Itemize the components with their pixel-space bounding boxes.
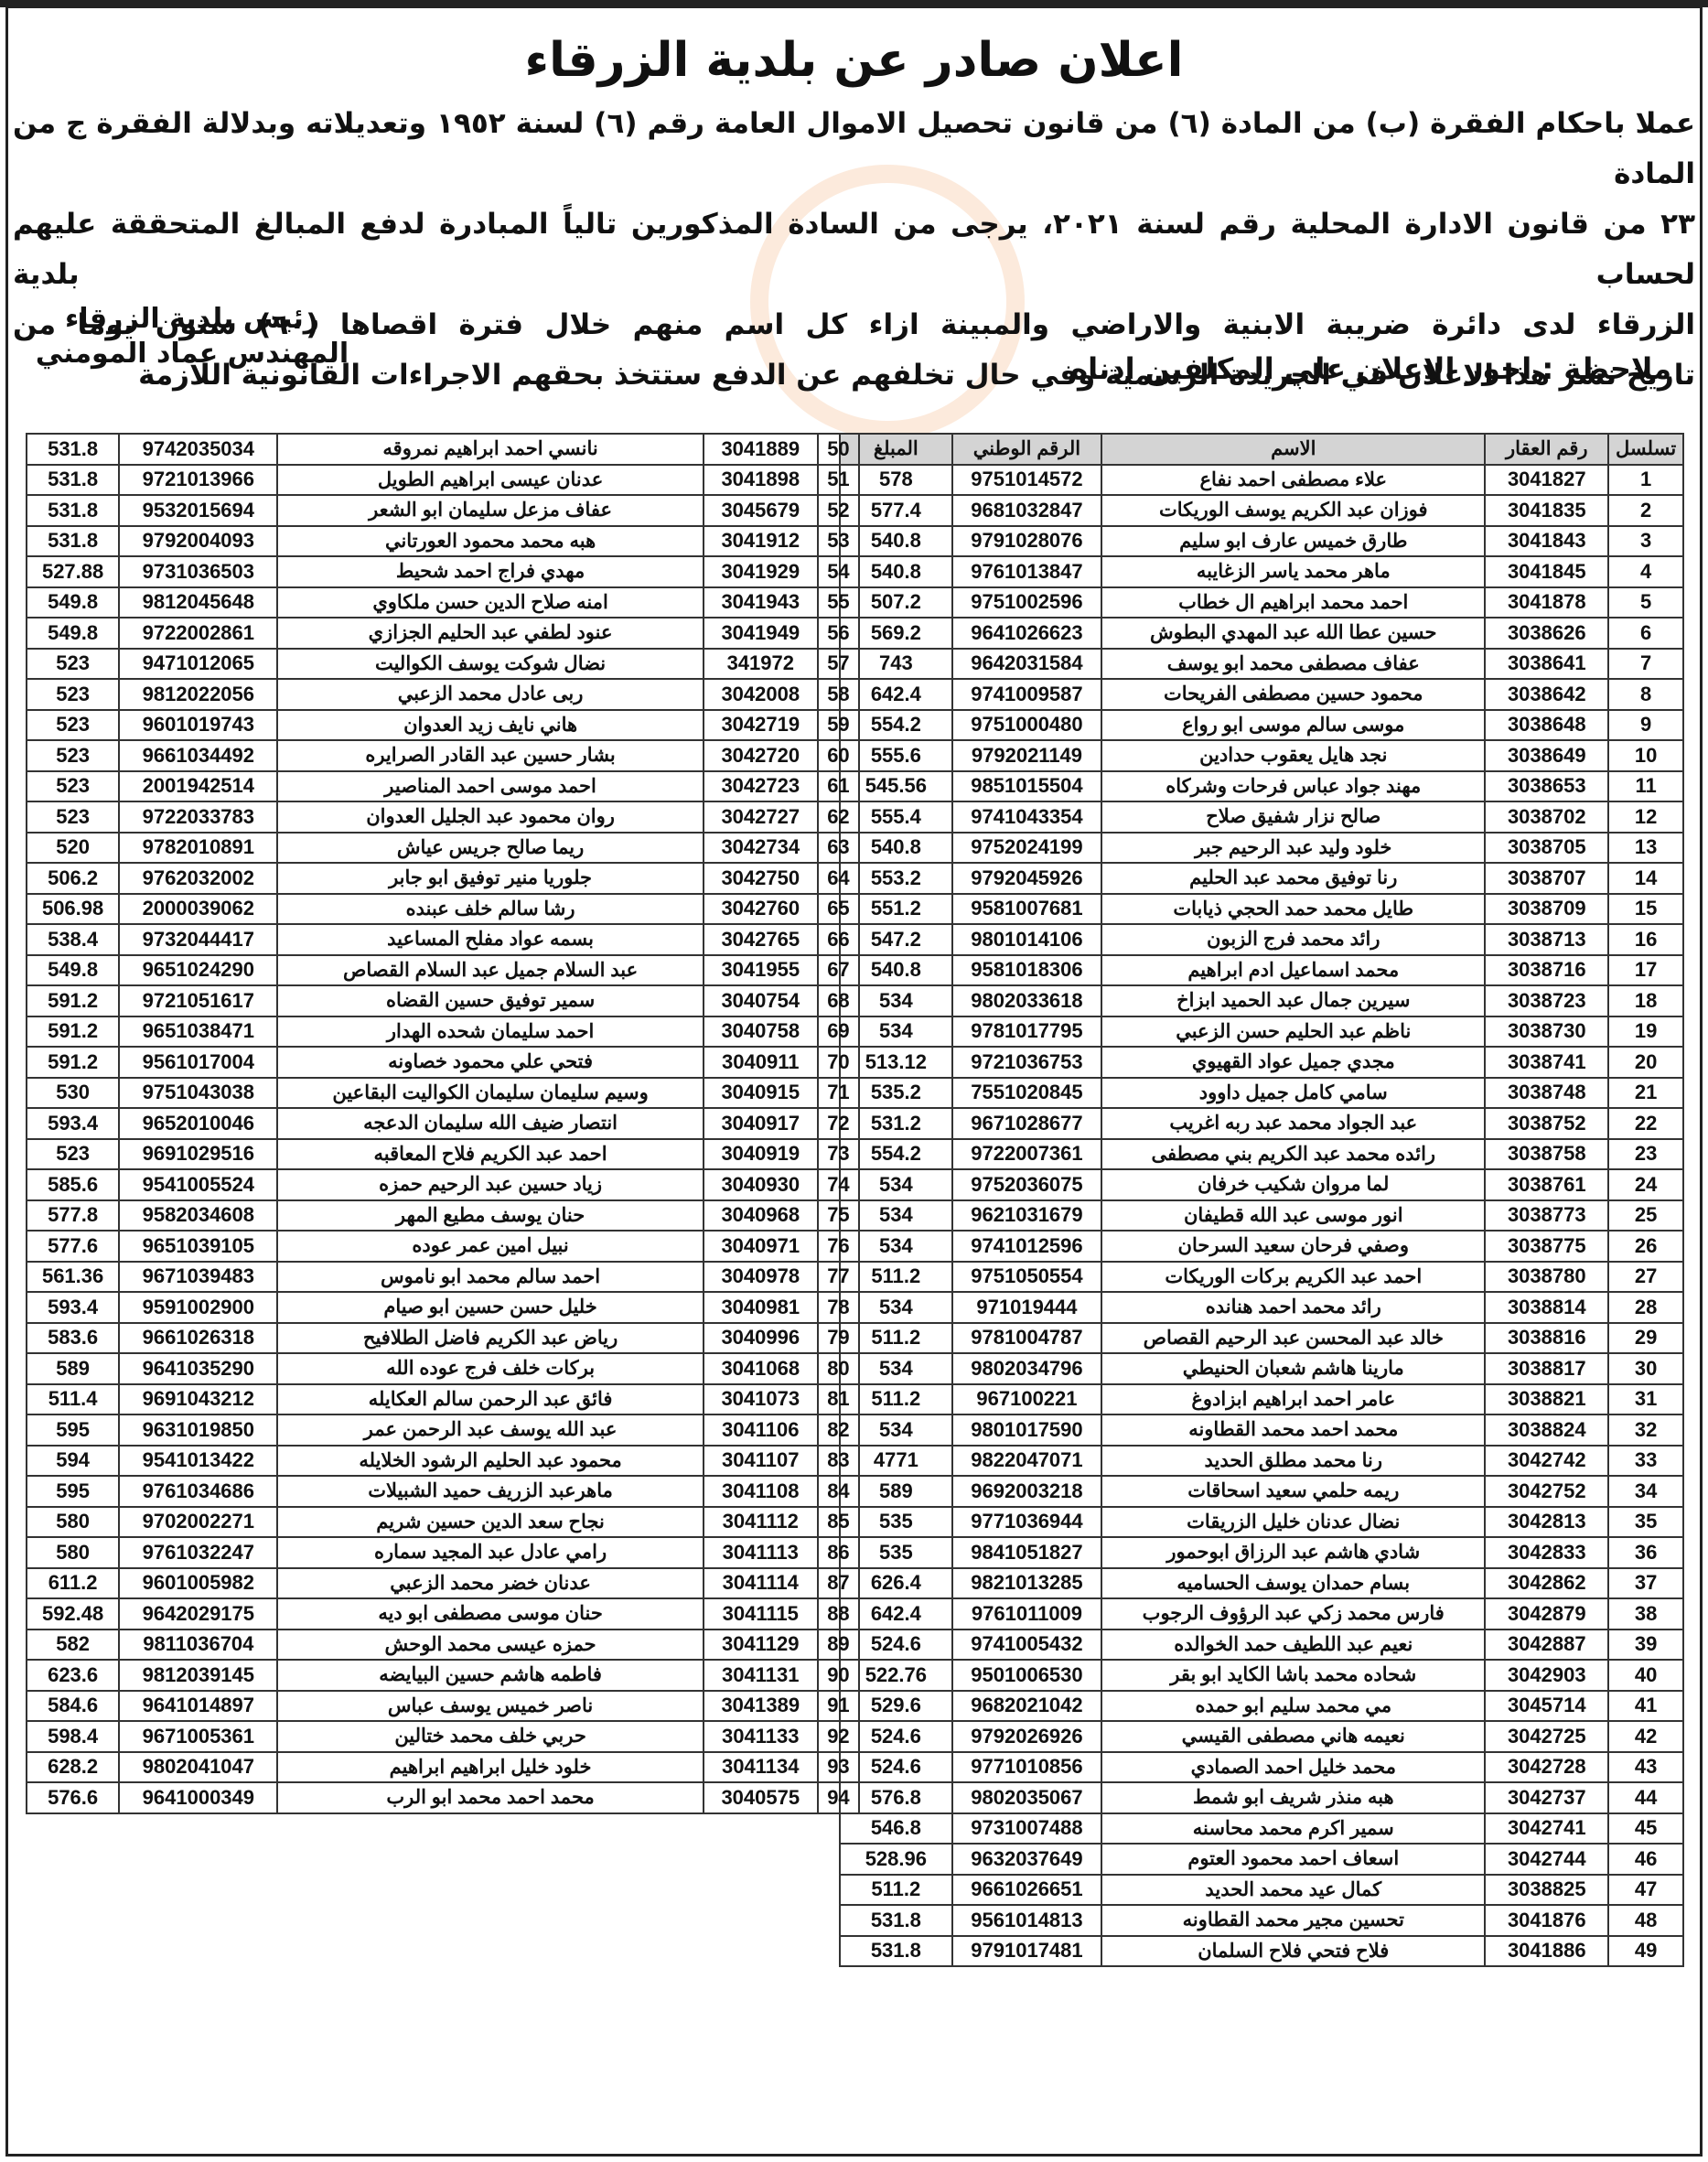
table-row: 403042903شحاده محمد باشا الكايد ابو بقر9… [840,1660,1683,1691]
table-row: 873041114عدنان خضر محمد الزعبي9601005982… [27,1568,859,1599]
table-row: 513041898عدنان عيسى ابراهيم الطويل972101… [27,465,859,496]
row-national-id: 9582034608 [119,1200,277,1232]
row-national-id: 967100221 [952,1384,1102,1415]
row-name: حنان موسى مصطفى ابو ديه [277,1598,703,1630]
row-property-no: 3041114 [704,1568,818,1599]
row-amount: 591.2 [27,1047,119,1078]
row-name: عبد السلام جميل عبد السلام القصاص [277,955,703,986]
table-row: 623042727روان محمود عبد الجليل العدوان97… [27,801,859,833]
row-property-no: 3045714 [1485,1691,1608,1722]
row-national-id: 9732044417 [119,924,277,955]
row-amount: 523 [27,771,119,802]
row-property-no: 3041898 [704,465,818,496]
row-name: هبه محمد محمود العورتاني [277,526,703,557]
table-row: 793040996رياض عبد الكريم فاضل الطلافيح96… [27,1323,859,1354]
table-row: 673041955عبد السلام جميل عبد السلام القص… [27,955,859,986]
row-property-no: 3041943 [704,587,818,618]
row-property-no: 3040915 [704,1078,818,1109]
row-national-id: 9561014813 [952,1905,1102,1936]
row-national-id: 9741043354 [952,801,1102,833]
table-row: 903041131فاطمه هاشم حسين البيايضه9812039… [27,1660,859,1691]
row-seq: 92 [818,1721,859,1752]
row-seq: 86 [818,1537,859,1568]
row-property-no: 3038648 [1485,710,1608,741]
row-name: بسمه عواد مفلح المساعيد [277,924,703,955]
row-amount: 506.98 [27,894,119,925]
row-name: ناصر خميس يوسف عباس [277,1691,703,1722]
row-property-no: 3038748 [1485,1078,1608,1109]
row-national-id: 9722033783 [119,801,277,833]
row-name: خلود وليد عبد الرحيم جبر [1101,833,1485,864]
row-property-no: 3042879 [1485,1598,1608,1630]
row-property-no: 3042741 [1485,1813,1608,1845]
row-amount: 589 [27,1353,119,1384]
row-property-no: 3040758 [704,1016,818,1048]
row-national-id: 9601005982 [119,1568,277,1599]
row-amount: 595 [27,1476,119,1507]
row-property-no: 3042723 [704,771,818,802]
row-national-id: 9561017004 [119,1047,277,1078]
row-amount: 582 [27,1630,119,1661]
row-national-id: 9651039105 [119,1231,277,1262]
row-seq: 24 [1608,1169,1683,1200]
row-amount: 511.4 [27,1384,119,1415]
row-property-no: 3042719 [704,710,818,741]
row-seq: 27 [1608,1262,1683,1293]
table-row: 463042744اسعاف احمد محمود العتوم96320376… [840,1844,1683,1875]
row-seq: 75 [818,1200,859,1232]
row-property-no: 3042765 [704,924,818,955]
row-name: شحاده محمد باشا الكايد ابو بقر [1101,1660,1485,1691]
row-national-id: 9791017481 [952,1936,1102,1967]
table-row: 53041878احمد محمد ابراهيم ال خطاب9751002… [840,587,1683,618]
row-seq: 69 [818,1016,859,1048]
row-amount: 549.8 [27,587,119,618]
row-amount: 595 [27,1414,119,1446]
table-row: 803041068بركات خلف فرج عوده الله96410352… [27,1353,859,1384]
row-name: مي محمد سليم ابو حمده [1101,1691,1485,1722]
row-national-id: 9802041047 [119,1752,277,1783]
row-amount: 506.2 [27,863,119,894]
table-row: 57341972نضال شوكت يوسف الكواليت947101206… [27,649,859,680]
row-amount: 592.48 [27,1598,119,1630]
row-name: بركات خلف فرج عوده الله [277,1353,703,1384]
table-row: 303038817مارينا هاشم شعبان الحنيطي980203… [840,1353,1683,1384]
row-name: شادي هاشم عبد الرزاق ابوحمور [1101,1537,1485,1568]
row-name: ماهر محمد ياسر الزغايبه [1101,556,1485,587]
table-row: 313038821عامر احمد ابراهيم ابزادوغ967100… [840,1384,1683,1415]
row-seq: 81 [818,1384,859,1415]
table-row: 293038816خالد عبد المحسن عبد الرحيم القص… [840,1323,1683,1354]
row-seq: 84 [818,1476,859,1507]
row-property-no: 3042813 [1485,1507,1608,1538]
table-row: 183038723سيرين جمال عبد الحميد ابزاخ9802… [840,985,1683,1016]
row-national-id: 9671028677 [952,1108,1102,1139]
table-row: 493041886فلاح فتحي فلاح السلمان979101748… [840,1936,1683,1967]
row-seq: 83 [818,1446,859,1477]
row-national-id: 9781017795 [952,1016,1102,1048]
row-seq: 52 [818,495,859,526]
row-national-id: 9691043212 [119,1384,277,1415]
row-name: رائد محمد احمد هنانده [1101,1292,1485,1323]
row-amount: 577.8 [27,1200,119,1232]
table-row: 373042862بسام حمدان يوسف الحساميه9821013… [840,1568,1683,1599]
row-seq: 1 [1608,465,1683,496]
row-national-id: 9541005524 [119,1169,277,1200]
table-row: 393042887نعيم عبد اللطيف حمد الخوالده974… [840,1630,1683,1661]
row-name: عامر احمد ابراهيم ابزادوغ [1101,1384,1485,1415]
row-national-id: 9792004093 [119,526,277,557]
row-name: محمود حسين مصطفى الفريحات [1101,679,1485,710]
row-national-id: 9501006530 [952,1660,1102,1691]
table-row: 33041843طارق خميس عارف ابو سليم979102807… [840,526,1683,557]
row-name: حنان يوسف مطيع المهر [277,1200,703,1232]
row-name: سامي كامل جميل داوود [1101,1078,1485,1109]
table-row: 523045679عفاف مزعل سليمان ابو الشعر95320… [27,495,859,526]
table-row: 123038702صالح نزار شفيق صلاح974104335455… [840,801,1683,833]
row-seq: 57 [818,649,859,680]
row-amount: 576.6 [27,1782,119,1813]
table-row: 413045714مي محمد سليم ابو حمده9682021042… [840,1691,1683,1722]
row-national-id: 9642031584 [952,649,1102,680]
table-row: 913041389ناصر خميس يوسف عباس964101489758… [27,1691,859,1722]
row-amount: 520 [27,833,119,864]
row-property-no: 3040968 [704,1200,818,1232]
row-amount: 531.8 [27,526,119,557]
row-amount: 598.4 [27,1721,119,1752]
row-name: فلاح فتحي فلاح السلمان [1101,1936,1485,1967]
header-property-no: رقم العقار [1485,434,1608,465]
table-row: 743040930زياد حسين عبد الرحيم حمزه954100… [27,1169,859,1200]
row-property-no: 3041106 [704,1414,818,1446]
table-row: 553041943امنه صلاح الدين حسن ملكاوي98120… [27,587,859,618]
row-property-no: 3041835 [1485,495,1608,526]
row-property-no: 3042760 [704,894,818,925]
row-national-id: 9762032002 [119,863,277,894]
row-name: حسين عطا الله عبد المهدي البطوش [1101,618,1485,649]
row-name: عفاف مصطفى محمد ابو يوسف [1101,649,1485,680]
row-name: رائده محمد عبد الكريم بني مصطفى [1101,1139,1485,1170]
row-name: وسيم سليمان سليمان الكواليت البقاعين [277,1078,703,1109]
table-row: 613042723احمد موسى احمد المناصير20019425… [27,771,859,802]
row-seq: 38 [1608,1598,1683,1630]
row-property-no: 3042734 [704,833,818,864]
row-seq: 73 [818,1139,859,1170]
table-row: 763040971نبيل امين عمر عوده9651039105577… [27,1231,859,1262]
row-property-no: 3038626 [1485,618,1608,649]
row-property-no: 3042744 [1485,1844,1608,1875]
row-name: علاء مصطفى احمد نفاع [1101,465,1485,496]
row-seq: 31 [1608,1384,1683,1415]
row-property-no: 3038702 [1485,801,1608,833]
table-row: 273038780احمد عبد الكريم بركات الوريكات9… [840,1262,1683,1293]
table-row: 323038824محمد احمد محمد القطاونه98010175… [840,1414,1683,1446]
row-national-id: 9731007488 [952,1813,1102,1845]
row-property-no: 3042737 [1485,1782,1608,1813]
row-amount: 593.4 [27,1292,119,1323]
row-national-id: 9651038471 [119,1016,277,1048]
row-property-no: 3041133 [704,1721,818,1752]
row-national-id: 9751043038 [119,1078,277,1109]
row-amount: 538.4 [27,924,119,955]
table-row: 93038648موسى سالم موسى ابو رواع975100048… [840,710,1683,741]
row-amount: 580 [27,1537,119,1568]
row-property-no: 3038713 [1485,924,1608,955]
row-amount: 523 [27,740,119,771]
row-property-no: 3041827 [1485,465,1608,496]
row-national-id: 9632037649 [952,1844,1102,1875]
row-national-id: 9721013966 [119,465,277,496]
table-row: 833041107محمود عبد الحليم الرشود الخلايل… [27,1446,859,1477]
signature-block: رئيس بلدية الزرقاء المهندس عماد المومني [27,302,357,371]
table-row: 633042734ريما صالح جريس عياش978201089152… [27,833,859,864]
row-name: حربي خلف محمد ختالين [277,1721,703,1752]
taxpayers-table-left: 503041889نانسي احمد ابراهيم نمروقه974203… [26,433,860,1814]
table-row: 883041115حنان موسى مصطفى ابو ديه96420291… [27,1598,859,1630]
row-property-no: 3038816 [1485,1323,1608,1354]
row-seq: 71 [818,1078,859,1109]
row-name: فارس محمد زكي عبد الرؤوف الرجوب [1101,1598,1485,1630]
row-national-id: 9761013847 [952,556,1102,587]
table-row: 433042728محمد خليل احمد الصمادي977101085… [840,1752,1683,1783]
row-national-id: 9691029516 [119,1139,277,1170]
row-name: ريمه حلمي سعيد اسحاقات [1101,1476,1485,1507]
table-row: 863041113رامي عادل عبد المجيد سماره97610… [27,1537,859,1568]
row-property-no: 3038780 [1485,1262,1608,1293]
row-seq: 91 [818,1691,859,1722]
row-name: محمد اسماعيل ادم ابراهيم [1101,955,1485,986]
row-seq: 46 [1608,1844,1683,1875]
row-property-no: 3045679 [704,495,818,526]
row-seq: 93 [818,1752,859,1783]
row-name: طارق خميس عارف ابو سليم [1101,526,1485,557]
row-national-id: 9631019850 [119,1414,277,1446]
row-national-id: 9761011009 [952,1598,1102,1630]
row-property-no: 3041845 [1485,556,1608,587]
row-property-no: 3038641 [1485,649,1608,680]
row-national-id: 9641000349 [119,1782,277,1813]
table-row: 533041912هبه محمد محمود العورتاني9792004… [27,526,859,557]
row-amount: 580 [27,1507,119,1538]
row-name: نضال عدنان خليل الزريقات [1101,1507,1485,1538]
row-seq: 90 [818,1660,859,1691]
row-name: كمال عيد محمد الحديد [1101,1875,1485,1906]
row-seq: 62 [818,801,859,833]
header-seq: تسلسل [1608,434,1683,465]
row-property-no: 3042728 [1485,1752,1608,1783]
row-property-no: 3041131 [704,1660,818,1691]
row-national-id: 9812022056 [119,679,277,710]
row-seq: 63 [818,833,859,864]
row-seq: 67 [818,955,859,986]
row-seq: 3 [1608,526,1683,557]
table-row: 343042752ريمه حلمي سعيد اسحاقات969200321… [840,1476,1683,1507]
row-seq: 87 [818,1568,859,1599]
row-amount: 593.4 [27,1108,119,1139]
row-name: موسى سالم موسى ابو رواع [1101,710,1485,741]
row-seq: 42 [1608,1721,1683,1752]
row-seq: 58 [818,679,859,710]
row-name: عفاف مزعل سليمان ابو الشعر [277,495,703,526]
row-name: عبد الله يوسف عبد الرحمن عمر [277,1414,703,1446]
table-row: 723040917انتصار ضيف الله سليمان الدعجه96… [27,1108,859,1139]
row-name: ريما صالح جريس عياش [277,833,703,864]
row-amount: 591.2 [27,1016,119,1048]
row-national-id: 9652010046 [119,1108,277,1139]
row-name: ناظم عبد الحليم حسن الزعبي [1101,1016,1485,1048]
row-amount: 531.8 [840,1905,952,1936]
table-row: 813041073فائق عبد الرحمن سالم العكايله96… [27,1384,859,1415]
notice-title: اعلان صادر عن بلدية الزرقاء [0,33,1708,88]
row-seq: 28 [1608,1292,1683,1323]
row-property-no: 3038752 [1485,1108,1608,1139]
table-header-row: تسلسل رقم العقار الاسم الرقم الوطني المب… [840,434,1683,465]
row-seq: 68 [818,985,859,1016]
row-property-no: 3038649 [1485,740,1608,771]
row-property-no: 3040919 [704,1139,818,1170]
table-row: 383042879فارس محمد زكي عبد الرؤوف الرجوب… [840,1598,1683,1630]
row-name: محمد احمد محمد القطاونه [1101,1414,1485,1446]
row-amount: 531.8 [27,495,119,526]
row-seq: 65 [818,894,859,925]
row-name: نانسي احمد ابراهيم نمروقه [277,434,703,465]
row-seq: 34 [1608,1476,1683,1507]
row-national-id: 9752024199 [952,833,1102,864]
row-national-id: 9802034796 [952,1353,1102,1384]
row-seq: 14 [1608,863,1683,894]
row-amount: 531.8 [840,1936,952,1967]
row-national-id: 9771036944 [952,1507,1102,1538]
table-row: 933041134خلود خليل ابراهيم ابراهيم980204… [27,1752,859,1783]
row-national-id: 9692003218 [952,1476,1102,1507]
row-property-no: 3041889 [704,434,818,465]
row-national-id: 9761032247 [119,1537,277,1568]
row-national-id: 9651024290 [119,955,277,986]
table-row: 593042719هاني نايف زيد العدوان9601019743… [27,710,859,741]
row-name: رامي عادل عبد المجيد سماره [277,1537,703,1568]
row-national-id: 9721036753 [952,1047,1102,1078]
row-name: رنا توفيق محمد عبد الحليم [1101,863,1485,894]
row-name: نجاح سعد الدين حسين شريم [277,1507,703,1538]
row-name: لما مروان شكيب خرفان [1101,1169,1485,1200]
table-row: 223038752عبد الجواد محمد عبد ربه اغريب96… [840,1108,1683,1139]
table-row: 773040978احمد سالم محمد ابو ناموس9671039… [27,1262,859,1293]
table-row: 733040919احمد عبد الكريم فلاح المعاقبه96… [27,1139,859,1170]
row-name: ماهرعبد الزريف حميد الشبيلات [277,1476,703,1507]
row-name: عبد الجواد محمد عبد ربه اغريب [1101,1108,1485,1139]
row-national-id: 9741012596 [952,1231,1102,1262]
row-property-no: 3038758 [1485,1139,1608,1170]
row-national-id: 9792045926 [952,863,1102,894]
row-property-no: 3041876 [1485,1905,1608,1936]
row-property-no: 3038653 [1485,771,1608,802]
row-national-id: 9702002271 [119,1507,277,1538]
row-name: احمد عبد الكريم فلاح المعاقبه [277,1139,703,1170]
row-name: محمود عبد الحليم الرشود الخلايله [277,1446,703,1477]
row-name: وصفي فرحان سعيد السرحان [1101,1231,1485,1262]
row-national-id: 9681032847 [952,495,1102,526]
row-name: نجد هايل يعقوب حدادين [1101,740,1485,771]
row-seq: 15 [1608,894,1683,925]
taxpayers-table-right: تسلسل رقم العقار الاسم الرقم الوطني المب… [839,433,1684,1967]
row-seq: 94 [818,1782,859,1813]
row-national-id: 9641035290 [119,1353,277,1384]
table-row: 113038653مهند جواد عباس فرحات وشركاه9851… [840,771,1683,802]
row-seq: 8 [1608,679,1683,710]
row-national-id: 9471012065 [119,649,277,680]
row-property-no: 3041912 [704,526,818,557]
row-seq: 10 [1608,740,1683,771]
row-property-no: 3040911 [704,1047,818,1078]
row-name: خلود خليل ابراهيم ابراهيم [277,1752,703,1783]
row-seq: 64 [818,863,859,894]
row-national-id: 9761034686 [119,1476,277,1507]
row-name: بشار حسين عبد القادر الصرايره [277,740,703,771]
row-seq: 25 [1608,1200,1683,1232]
row-national-id: 9782010891 [119,833,277,864]
table-row: 263038775وصفي فرحان سعيد السرحان97410125… [840,1231,1683,1262]
row-name: محمد احمد محمد ابو الرب [277,1782,703,1813]
row-national-id: 9682021042 [952,1691,1102,1722]
row-seq: 20 [1608,1047,1683,1078]
row-seq: 82 [818,1414,859,1446]
row-name: ربى عادل محمد الزعبي [277,679,703,710]
table-row: 643042750جلوريا منير توفيق ابو جابر97620… [27,863,859,894]
row-property-no: 3042750 [704,863,818,894]
row-national-id: 9791028076 [952,526,1102,557]
row-seq: 51 [818,465,859,496]
row-seq: 66 [818,924,859,955]
row-property-no: 3038707 [1485,863,1608,894]
table-row: 63038626حسين عطا الله عبد المهدي البطوش9… [840,618,1683,649]
row-national-id: 9721051617 [119,985,277,1016]
row-amount: 583.6 [27,1323,119,1354]
row-national-id: 9801014106 [952,924,1102,955]
row-seq: 50 [818,434,859,465]
row-name: هبه منذر شريف ابو شمط [1101,1782,1485,1813]
row-seq: 89 [818,1630,859,1661]
row-property-no: 3041886 [1485,1936,1608,1967]
row-national-id: 9741009587 [952,679,1102,710]
row-seq: 49 [1608,1936,1683,1967]
table-row: 133038705خلود وليد عبد الرحيم جبر9752024… [840,833,1683,864]
table-row: 783040981خليل حسن حسين ابو صيام959100290… [27,1292,859,1323]
row-national-id: 9621031679 [952,1200,1102,1232]
row-amount: 530 [27,1078,119,1109]
table-row: 893041129حمزه عيسى محمد الوحش98110367045… [27,1630,859,1661]
row-property-no: 3041068 [704,1353,818,1384]
row-name: سمير توفيق حسين القضاه [277,985,703,1016]
row-property-no: 3038730 [1485,1016,1608,1048]
row-property-no: 3038741 [1485,1047,1608,1078]
row-seq: 17 [1608,955,1683,986]
table-row: 683040754سمير توفيق حسين القضاه972105161… [27,985,859,1016]
row-amount: 577.6 [27,1231,119,1262]
paragraph-line: ٢٣ من قانون الادارة المحلية رقم لسنة ٢٠٢… [13,199,1695,300]
row-amount: 531.8 [27,465,119,496]
row-name: فائق عبد الرحمن سالم العكايله [277,1384,703,1415]
row-name: فوزان عبد الكريم يوسف الوريكات [1101,495,1485,526]
table-row: 13041827علاء مصطفى احمد نفاع975101457257… [840,465,1683,496]
table-row: 543041929مهدي فراج احمد شحيط973103650352… [27,556,859,587]
row-national-id: 9751050554 [952,1262,1102,1293]
row-amount: 531.8 [27,434,119,465]
row-property-no: 3038775 [1485,1231,1608,1262]
row-name: احمد موسى احمد المناصير [277,771,703,802]
table-row: 193038730ناظم عبد الحليم حسن الزعبي97810… [840,1016,1683,1048]
row-name: طايل محمد حمد الحجي ذيابات [1101,894,1485,925]
row-name: زياد حسين عبد الرحيم حمزه [277,1169,703,1200]
